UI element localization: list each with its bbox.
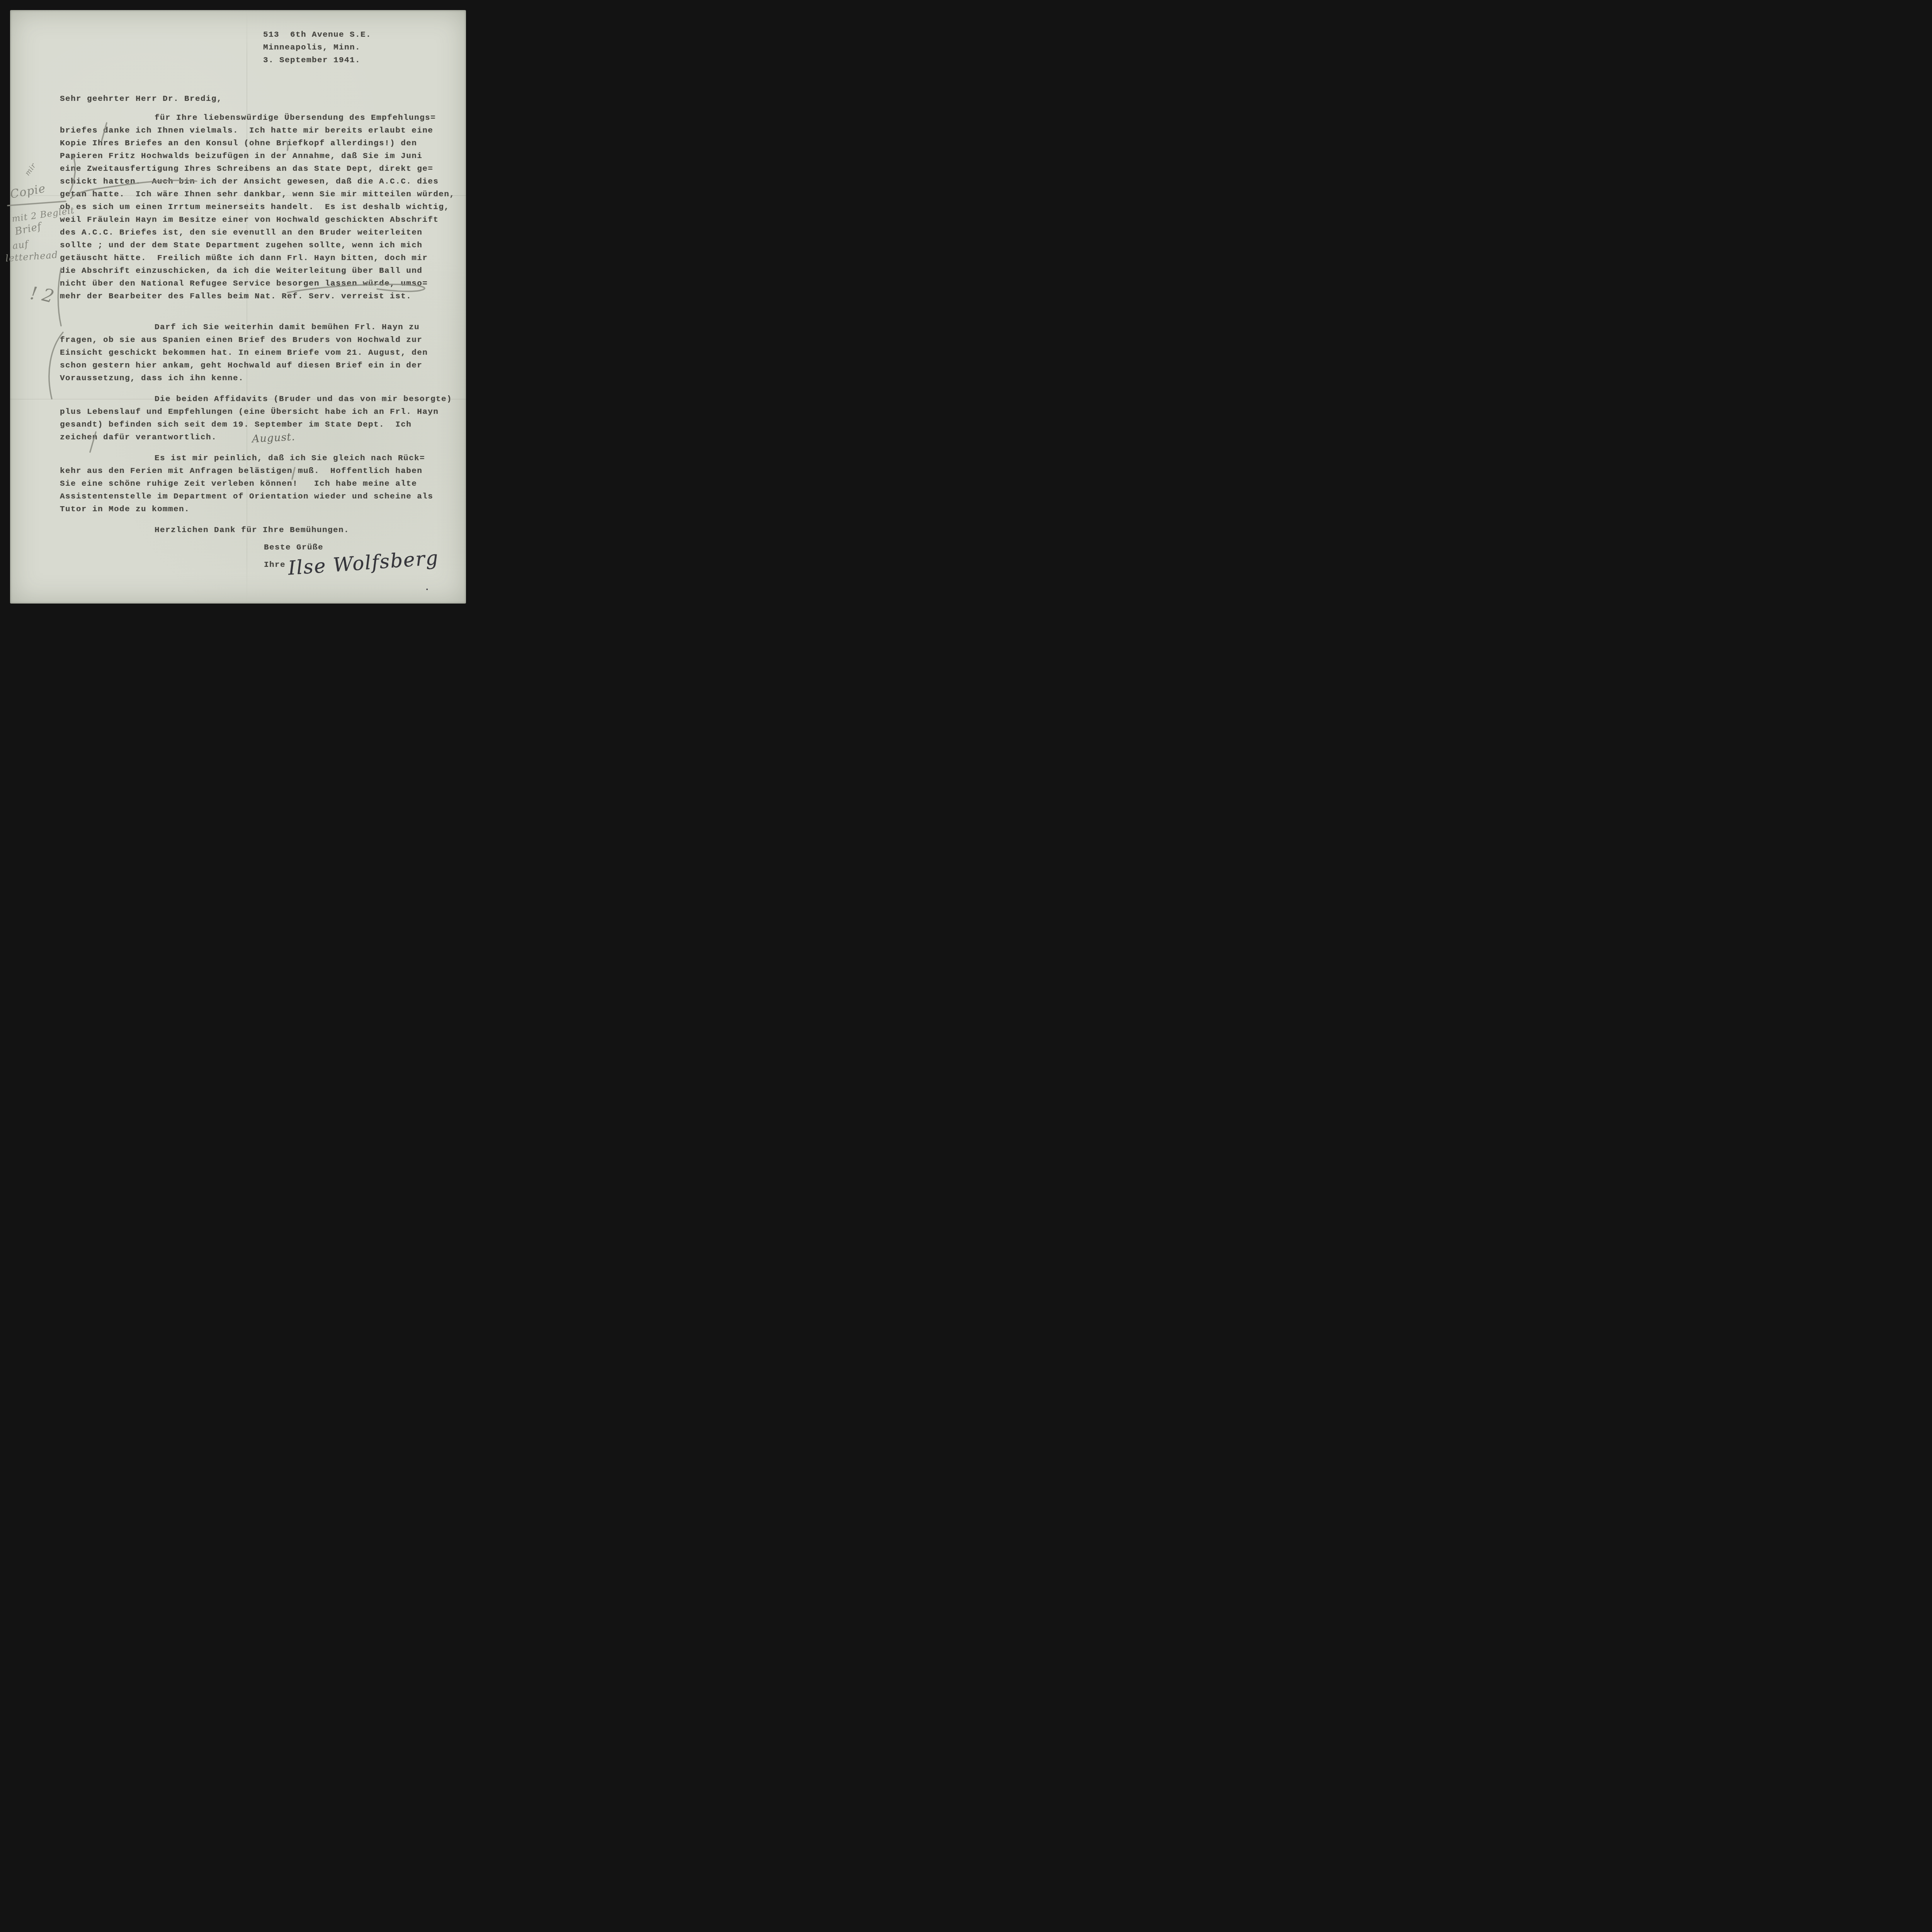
signature-period: .	[424, 583, 430, 593]
salutation: Sehr geehrter Herr Dr. Bredig,	[60, 93, 222, 105]
body-paragraph-1: für Ihre liebenswürdige Übersendung des …	[60, 112, 455, 303]
body-paragraph-2: Darf ich Sie weiterhin damit bemühen Frl…	[60, 321, 428, 385]
date-correction-august: August.	[252, 431, 295, 445]
closing-line: Herzlichen Dank für Ihre Bemühungen.	[60, 524, 349, 537]
margin-note-auf: auf	[12, 238, 29, 252]
body-paragraph-4: Es ist mir peinlich, daß ich Sie gleich …	[60, 452, 433, 516]
signature-prefix: Ihre	[264, 559, 286, 571]
valediction: Beste Grüße	[264, 541, 323, 554]
sender-address-block: 513 6th Avenue S.E. Minneapolis, Minn. 3…	[263, 29, 371, 67]
letter-scan: 513 6th Avenue S.E. Minneapolis, Minn. 3…	[0, 0, 476, 609]
